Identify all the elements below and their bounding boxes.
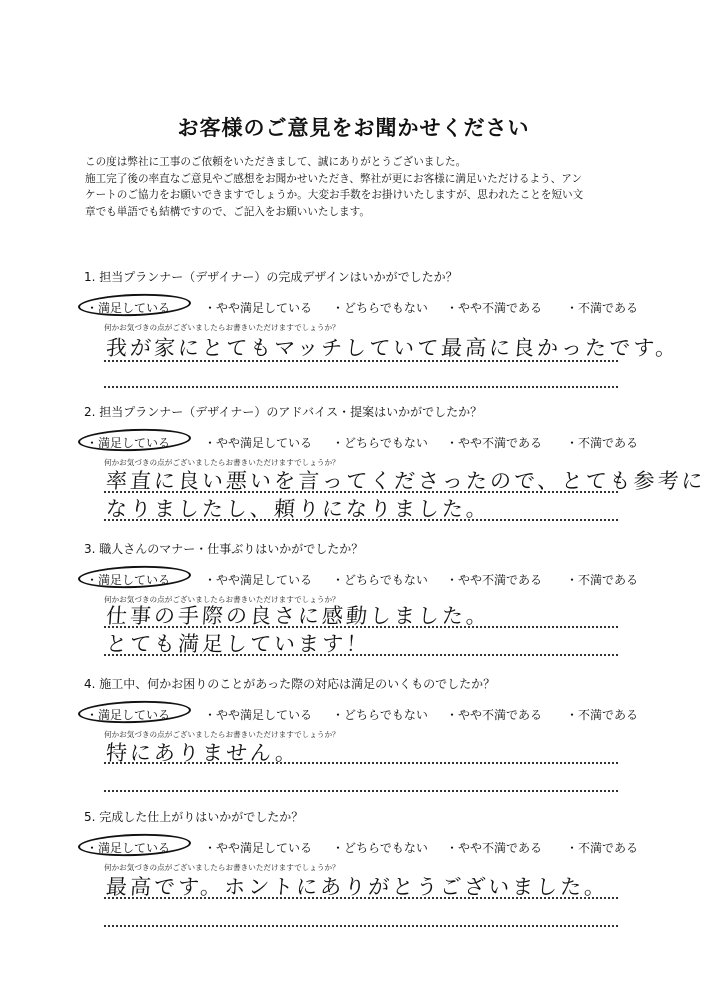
rating-choices: ・満足している ・やや満足している ・どちらでもない ・やや不満である ・不満で… <box>78 704 638 726</box>
answer-line[interactable] <box>104 386 618 388</box>
choice-somewhat-satisfied[interactable]: ・やや満足している <box>204 839 312 856</box>
handwritten-answer: 我が家にとてもマッチしていて最高に良かったです。 <box>105 332 681 362</box>
choice-dissatisfied[interactable]: ・不満である <box>566 839 638 856</box>
choice-somewhat-satisfied[interactable]: ・やや満足している <box>204 299 312 316</box>
choice-neutral[interactable]: ・どちらでもない <box>332 299 428 316</box>
intro-line: 施工完了後の率直なご意見やご感想をお聞かせいただき、弊社が更にお客様に満足いただ… <box>85 171 645 188</box>
choice-satisfied[interactable]: ・満足している <box>86 839 170 856</box>
choice-satisfied[interactable]: ・満足している <box>86 434 170 451</box>
intro-paragraph: この度は弊社に工事のご依頼をいただきまして、誠にありがとうございました。 施工完… <box>85 154 645 220</box>
answer-line[interactable] <box>104 925 618 927</box>
answer-line[interactable] <box>104 360 618 362</box>
choice-satisfied[interactable]: ・満足している <box>86 571 170 588</box>
intro-line: この度は弊社に工事のご依頼をいただきまして、誠にありがとうございました。 <box>85 154 645 171</box>
choice-neutral[interactable]: ・どちらでもない <box>332 706 428 723</box>
page-title: お客様のご意見をお聞かせください <box>0 112 707 142</box>
question-text: 2. 担当プランナー（デザイナー）のアドバイス・提案はいかがでしたか？ <box>84 403 482 420</box>
answer-line[interactable] <box>104 762 618 764</box>
choice-somewhat-dissatisfied[interactable]: ・やや不満である <box>446 706 542 723</box>
choice-somewhat-dissatisfied[interactable]: ・やや不満である <box>446 299 542 316</box>
choice-somewhat-satisfied[interactable]: ・やや満足している <box>204 571 312 588</box>
intro-line: ケートのご協力をお願いできますでしょうか。大変お手数をお掛けいたしますが、思われ… <box>85 187 645 204</box>
rating-choices: ・満足している ・やや満足している ・どちらでもない ・やや不満である ・不満で… <box>78 837 638 859</box>
answer-line[interactable] <box>104 519 618 521</box>
answer-line[interactable] <box>104 654 618 656</box>
choice-satisfied[interactable]: ・満足している <box>86 706 170 723</box>
choice-neutral[interactable]: ・どちらでもない <box>332 571 428 588</box>
choice-somewhat-satisfied[interactable]: ・やや満足している <box>204 706 312 723</box>
choice-dissatisfied[interactable]: ・不満である <box>566 299 638 316</box>
choice-somewhat-satisfied[interactable]: ・やや満足している <box>204 434 312 451</box>
rating-choices: ・満足している ・やや満足している ・どちらでもない ・やや不満である ・不満で… <box>78 569 638 591</box>
rating-choices: ・満足している ・やや満足している ・どちらでもない ・やや不満である ・不満で… <box>78 432 638 454</box>
question-text: 3. 職人さんのマナー・仕事ぶりはいかがでしたか？ <box>84 540 363 557</box>
answer-line[interactable] <box>104 897 618 899</box>
choice-somewhat-dissatisfied[interactable]: ・やや不満である <box>446 571 542 588</box>
choice-somewhat-dissatisfied[interactable]: ・やや不満である <box>446 434 542 451</box>
choice-satisfied[interactable]: ・満足している <box>86 299 170 316</box>
question-text: 5. 完成した仕上がりはいかがでしたか？ <box>84 808 303 825</box>
question-text: 1. 担当プランナー（デザイナー）の完成デザインはいかがでしたか？ <box>84 268 458 285</box>
choice-dissatisfied[interactable]: ・不満である <box>566 434 638 451</box>
survey-page: お客様のご意見をお聞かせください この度は弊社に工事のご依頼をいただきまして、誠… <box>0 0 707 1000</box>
intro-line: 章でも単語でも結構ですので、ご記入をお願いいたします。 <box>85 204 645 221</box>
choice-neutral[interactable]: ・どちらでもない <box>332 434 428 451</box>
choice-neutral[interactable]: ・どちらでもない <box>332 839 428 856</box>
choice-dissatisfied[interactable]: ・不満である <box>566 706 638 723</box>
choice-somewhat-dissatisfied[interactable]: ・やや不満である <box>446 839 542 856</box>
question-text: 4. 施工中、何かお困りのことがあった際の対応は満足のいくものでしたか？ <box>84 675 495 692</box>
answer-line[interactable] <box>104 790 618 792</box>
rating-choices: ・満足している ・やや満足している ・どちらでもない ・やや不満である ・不満で… <box>78 297 638 319</box>
choice-dissatisfied[interactable]: ・不満である <box>566 571 638 588</box>
